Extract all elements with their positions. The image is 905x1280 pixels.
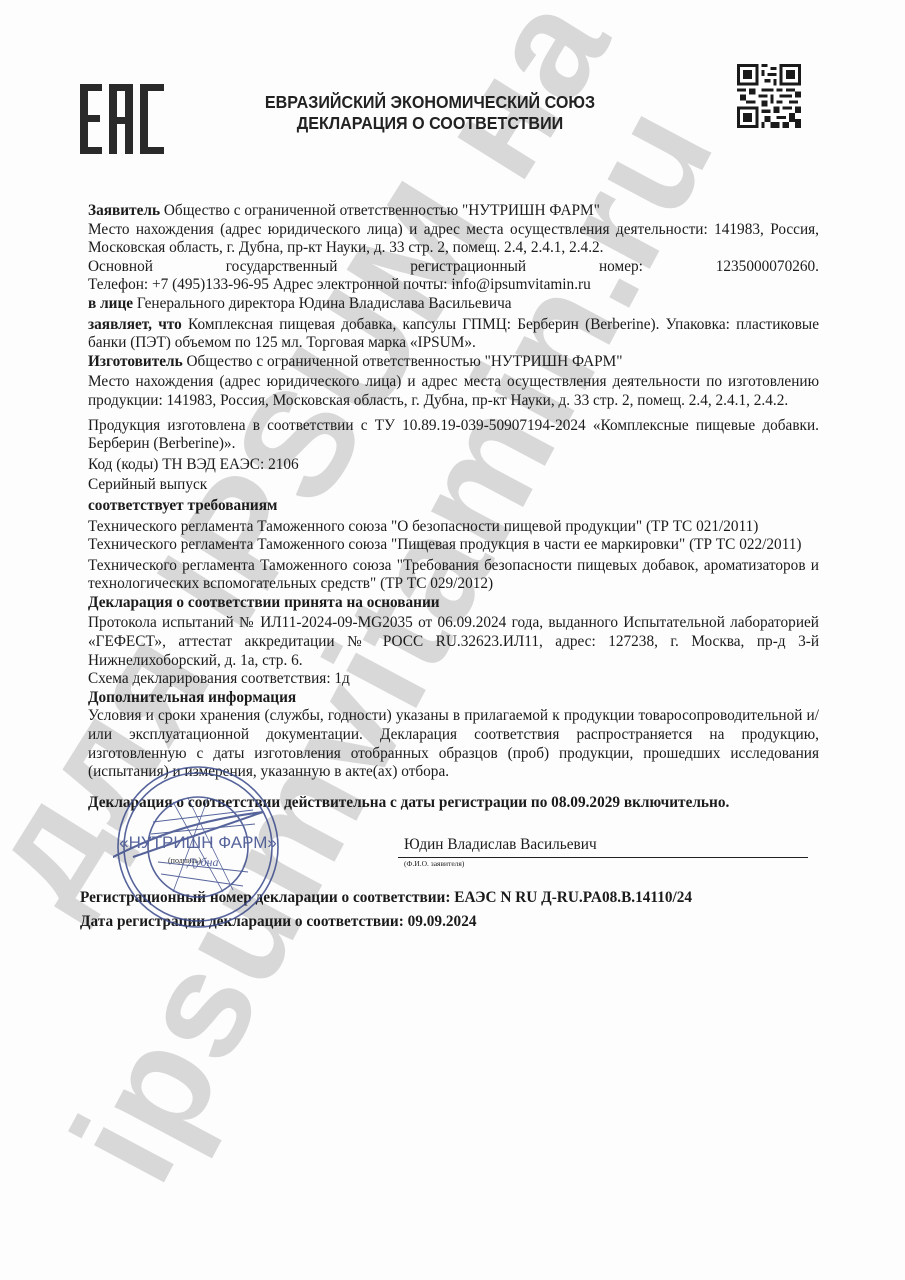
signatory-name: Юдин Владислав Васильевич <box>398 836 808 854</box>
requirement-item: Технического регламента Таможенного союз… <box>88 557 819 594</box>
document-title: ДЕКЛАРАЦИЯ О СООТВЕТСТВИИ <box>246 113 614 134</box>
declaration-body: Заявитель Общество с ограниченной ответс… <box>88 202 819 812</box>
document-header: ЕВРАЗИЙСКИЙ ЭКОНОМИЧЕСКИЙ СОЮЗ ДЕКЛАРАЦИ… <box>246 92 614 134</box>
declaration-scheme: Схема декларирования соответствия: 1д <box>88 670 819 689</box>
registration-number: ЕАЭС N RU Д-RU.PA08.B.14110/24 <box>454 889 692 906</box>
applicant-line: Заявитель Общество с ограниченной ответс… <box>88 202 819 221</box>
test-protocol: Протокола испытаний № ИЛ11-2024-09-MG203… <box>88 614 819 670</box>
requirement-item: Технического регламента Таможенного союз… <box>88 518 819 537</box>
manufacturer-line: Изготовитель Общество с ограниченной отв… <box>88 353 819 372</box>
signature-line <box>398 857 808 858</box>
registration-date: 09.09.2024 <box>408 913 477 930</box>
applicant-ogrn: Основной государственный регистрационный… <box>88 258 819 277</box>
declares-label: заявляет, что <box>88 316 182 333</box>
stamp-company: «НУТРИШН ФАРМ» <box>119 833 277 852</box>
signatory-name-label: (Ф.И.О. заявителя) <box>398 859 808 868</box>
represented-line: в лице Генерального директора Юдина Влад… <box>88 295 819 314</box>
manufacturer-name: Общество с ограниченной ответственностью… <box>183 353 623 370</box>
applicant-label: Заявитель <box>88 202 160 219</box>
manufacturer-label: Изготовитель <box>88 353 183 370</box>
stamp-city: Дубна <box>187 855 219 869</box>
release-type: Серийный выпуск <box>88 476 819 495</box>
declares-line: заявляет, что Комплексная пищевая добавк… <box>88 316 819 353</box>
applicant-address: Место нахождения (адрес юридического лиц… <box>88 221 819 258</box>
signature-block: Юдин Владислав Васильевич (Ф.И.О. заявит… <box>398 836 808 868</box>
product-description: Комплексная пищевая добавка, капсулы ГПМ… <box>88 316 819 352</box>
product-spec: Продукция изготовлена в соответствии с Т… <box>88 417 819 454</box>
hs-code: Код (коды) ТН ВЭД ЕАЭС: 2106 <box>88 456 819 475</box>
basis-heading: Декларация о соответствии принята на осн… <box>88 594 819 613</box>
eac-logo-icon <box>80 84 164 154</box>
qr-code-icon[interactable] <box>737 63 801 129</box>
manufacturer-address: Место нахождения (адрес юридического лиц… <box>88 373 819 410</box>
requirement-item: Технического регламента Таможенного союз… <box>88 536 819 555</box>
company-stamp-icon: «НУТРИШН ФАРМ» Дубна <box>113 762 283 932</box>
union-title: ЕВРАЗИЙСКИЙ ЭКОНОМИЧЕСКИЙ СОЮЗ <box>246 92 614 113</box>
requirements-heading: соответствует требованиям <box>88 497 819 516</box>
additional-heading: Дополнительная информация <box>88 689 819 708</box>
applicant-name: Общество с ограниченной ответственностью… <box>160 202 600 219</box>
declaration-page: для IPSUM на ipsumvitamin.ru <box>0 0 905 1280</box>
represented-by: Генерального директора Юдина Владислава … <box>133 295 512 312</box>
applicant-contacts: Телефон: +7 (495)133-96-95 Адрес электро… <box>88 276 819 295</box>
represented-label: в лице <box>88 295 133 312</box>
